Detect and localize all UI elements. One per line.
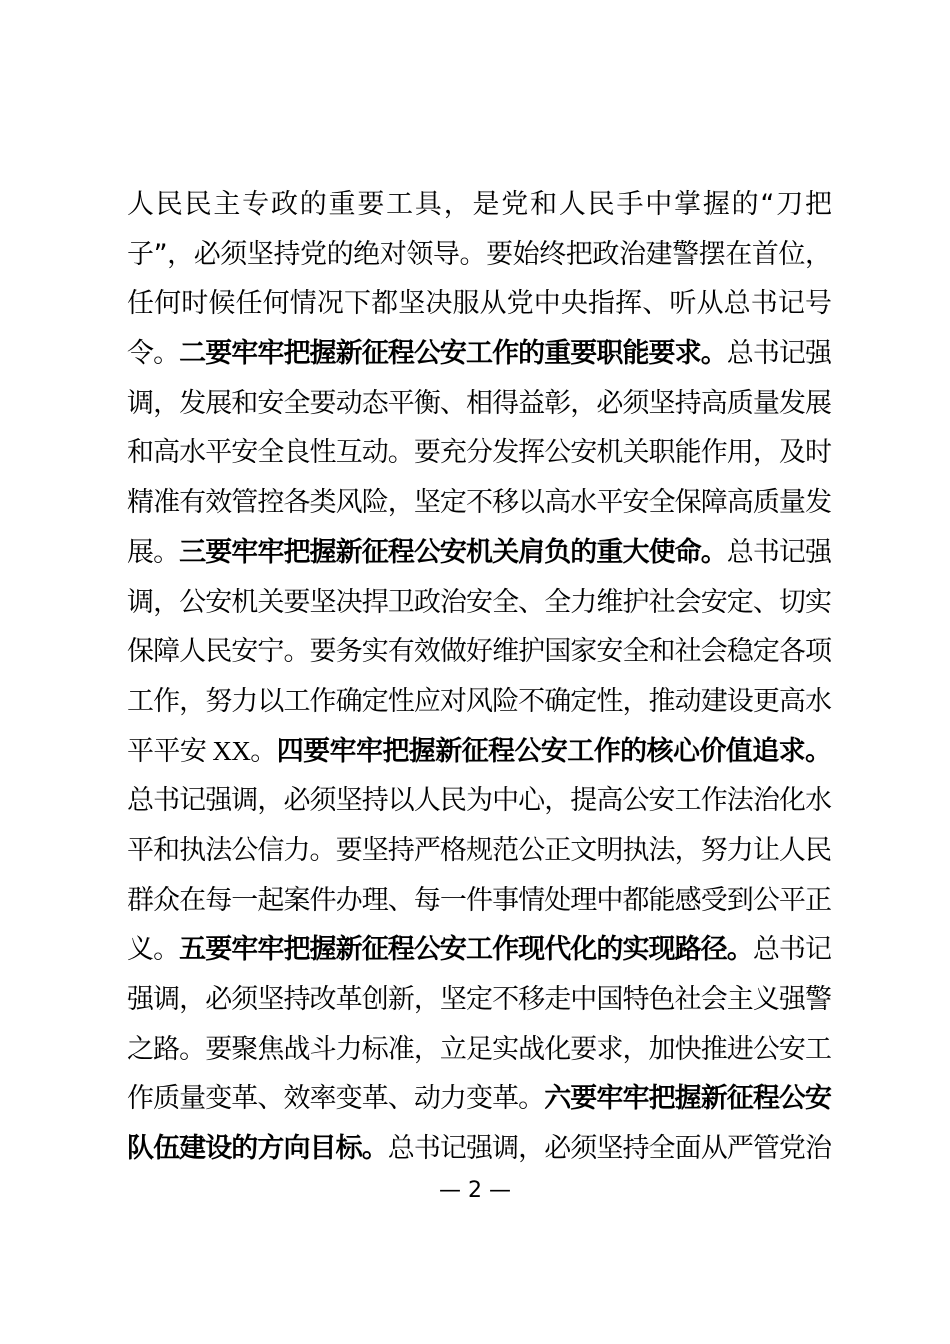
text-line: 作质量变革、效率变革、动力变革。六要牢牢把握新征程公安 <box>127 1074 872 1124</box>
text-segment: 总书记强调，必须坚持全面从严管党治 <box>388 1133 831 1164</box>
bold-heading-segment: 四要牢牢把握新征程公安工作的核心价值追求。 <box>277 736 832 767</box>
text-line: 平和执法公信力。要坚持严格规范公正文明执法，努力让人民 <box>127 826 872 876</box>
text-segment: 展。 <box>127 537 179 568</box>
text-segment: 作质量变革、效率变革、动力变革。 <box>127 1083 544 1114</box>
bold-heading-segment: 三要牢牢把握新征程公安机关肩负的重大使命。 <box>179 537 727 568</box>
text-line: 群众在每一起案件办理、每一件事情处理中都能感受到公平正 <box>127 876 872 926</box>
text-segment: 。 <box>250 736 276 767</box>
text-segment: 平和执法公信力。要坚持严格规范公正文明执法，努力让人民 <box>127 835 831 866</box>
text-segment: 总书记强调，必须坚持以人民为中心，提高公安工作法治化水 <box>127 785 831 816</box>
text-segment: 任何时候任何情况下都坚决服从党中央指挥、听从总书记号 <box>127 288 832 319</box>
text-line: 人民民主专政的重要工具，是党和人民手中掌握的“刀把 <box>127 180 872 230</box>
text-segment: 强调，必须坚持改革创新，坚定不移走中国特色社会主义强警 <box>127 984 831 1015</box>
text-segment: 和高水平安全良性互动。要充分发挥公安机关职能作用，及时 <box>127 437 831 468</box>
text-line: 展。三要牢牢把握新征程公安机关肩负的重大使命。总书记强 <box>127 528 872 578</box>
text-segment: XX <box>206 736 250 766</box>
text-segment: 之路。要聚焦战斗力标准，立足实战化要求，加快推进公安工 <box>127 1034 831 1065</box>
text-line: 任何时候任何情况下都坚决服从党中央指挥、听从总书记号 <box>127 279 872 329</box>
text-segment: 保障人民安宁。要务实有效做好维护国家安全和社会稳定各项 <box>127 636 831 667</box>
text-line: 调，发展和安全要动态平衡、相得益彰，必须坚持高质量发展 <box>127 379 872 429</box>
text-segment: 令。 <box>127 338 179 369</box>
text-segment: 义。 <box>127 934 179 965</box>
text-segment: 子”，必须坚持党的绝对领导。要始终把政治建警摆在首位， <box>127 239 832 270</box>
text-line: 工作，努力以工作确定性应对风险不确定性，推动建设更高水 <box>127 677 872 727</box>
bold-heading-segment: 五要牢牢把握新征程公安工作现代化的实现路径。 <box>179 934 753 965</box>
text-segment: 平平安 <box>127 736 206 767</box>
text-line: 保障人民安宁。要务实有效做好维护国家安全和社会稳定各项 <box>127 627 872 677</box>
bold-heading-segment: 六要牢牢把握新征程公安 <box>544 1083 831 1114</box>
text-line: 令。二要牢牢把握新征程公安工作的重要职能要求。总书记强 <box>127 329 872 379</box>
text-segment: 总书记强 <box>727 537 831 568</box>
text-segment: 精准有效管控各类风险，坚定不移以高水平安全保障高质量发 <box>127 487 831 518</box>
text-segment: 总书记 <box>753 934 831 965</box>
body-text: 人民民主专政的重要工具，是党和人民手中掌握的“刀把子”，必须坚持党的绝对领导。要… <box>127 180 832 1174</box>
text-line: 强调，必须坚持改革创新，坚定不移走中国特色社会主义强警 <box>127 975 872 1025</box>
text-line: 平平安 XX。四要牢牢把握新征程公安工作的核心价值追求。 <box>127 727 872 777</box>
text-line: 和高水平安全良性互动。要充分发挥公安机关职能作用，及时 <box>127 428 872 478</box>
text-line: 队伍建设的方向目标。总书记强调，必须坚持全面从严管党治 <box>127 1124 872 1174</box>
page-number: — 2 — <box>0 1178 950 1203</box>
text-segment: 总书记强 <box>727 338 831 369</box>
bold-heading-segment: 二要牢牢把握新征程公安工作的重要职能要求。 <box>179 338 727 369</box>
text-line: 总书记强调，必须坚持以人民为中心，提高公安工作法治化水 <box>127 776 872 826</box>
text-line: 精准有效管控各类风险，坚定不移以高水平安全保障高质量发 <box>127 478 872 528</box>
text-segment: 工作，努力以工作确定性应对风险不确定性，推动建设更高水 <box>127 686 831 717</box>
text-line: 之路。要聚焦战斗力标准，立足实战化要求，加快推进公安工 <box>127 1025 872 1075</box>
text-line: 义。五要牢牢把握新征程公安工作现代化的实现路径。总书记 <box>127 925 872 975</box>
text-segment: 人民民主专政的重要工具，是党和人民手中掌握的“刀把 <box>127 189 834 220</box>
text-line: 子”，必须坚持党的绝对领导。要始终把政治建警摆在首位， <box>127 230 872 280</box>
bold-heading-segment: 队伍建设的方向目标。 <box>127 1133 388 1164</box>
text-segment: 群众在每一起案件办理、每一件事情处理中都能感受到公平正 <box>127 885 831 916</box>
text-segment: 调，公安机关要坚决捍卫政治安全、全力维护社会安定、切实 <box>127 587 831 618</box>
text-segment: 调，发展和安全要动态平衡、相得益彰，必须坚持高质量发展 <box>127 388 831 419</box>
document-page: 人民民主专政的重要工具，是党和人民手中掌握的“刀把子”，必须坚持党的绝对领导。要… <box>0 0 950 1344</box>
text-line: 调，公安机关要坚决捍卫政治安全、全力维护社会安定、切实 <box>127 578 872 628</box>
